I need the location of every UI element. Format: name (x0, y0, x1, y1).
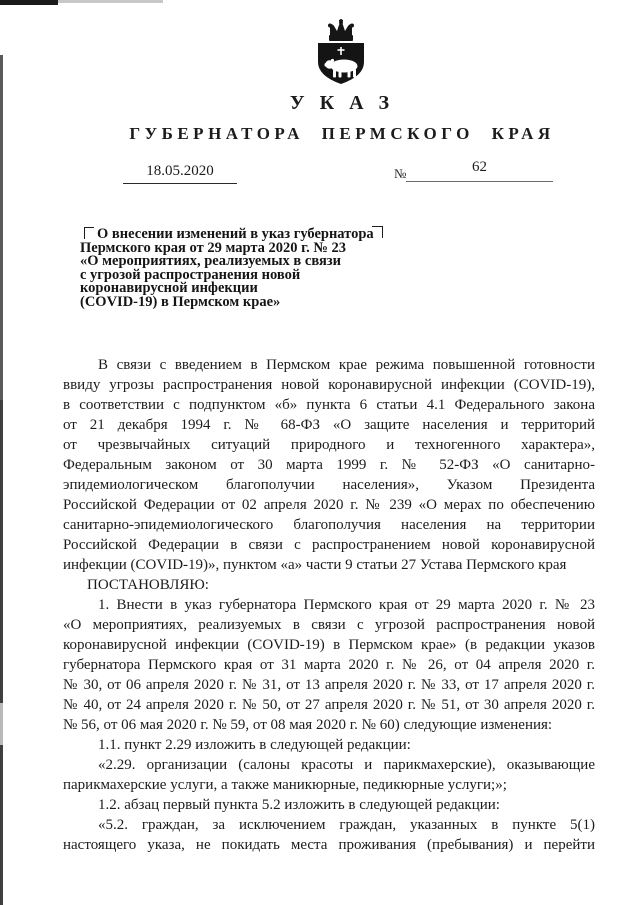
scan-artifact-left-strip-dark (0, 400, 3, 905)
body-line: настоящего указа, не покидать места прож… (63, 835, 595, 855)
body-line: Федеральным законом от 30 марта 1999 г. … (63, 455, 595, 475)
body-line: парикмахерские услуги, а также маникюрны… (63, 775, 595, 795)
body-line: ввиду угрозы распространения новой корон… (63, 375, 595, 395)
number-sign: № (394, 166, 406, 182)
body-line: 1.1. пункт 2.29 изложить в следующей ред… (63, 735, 595, 755)
body-line: В связи с введением в Пермском крае режи… (63, 355, 595, 375)
corner-mark-right-icon (372, 226, 383, 238)
body-line: губернатора Пермского края от 31 марта 2… (63, 655, 595, 675)
body-line: Российской Федерации в связи с распростр… (63, 535, 595, 555)
body-line: «5.2. граждан, за исключением граждан, у… (63, 815, 595, 835)
body-line: № 40, от 24 апреля 2020 г. № 50, от 27 а… (63, 695, 595, 715)
corner-mark-left-icon (84, 227, 94, 239)
perm-krai-coat-of-arms-icon (317, 19, 365, 85)
subject-line: (COVID-19) в Пермском крае» (80, 296, 390, 310)
body-line: от 21 декабря 1994 г. № 68-ФЗ «О защите … (63, 415, 595, 435)
body-line: от чрезвычайных ситуаций природного и те… (63, 435, 595, 455)
body-line: № 56, от 06 мая 2020 г. № 59, от 08 мая … (63, 715, 595, 735)
document-date: 18.05.2020 (123, 159, 237, 184)
body-line: 1.2. абзац первый пункта 5.2 изложить в … (63, 795, 595, 815)
body-line: «О мероприятиях, реализуемых в связи с у… (63, 615, 595, 635)
body-line: в соответствии с подпунктом «б» пункта 6… (63, 395, 595, 415)
document-number: 62 (406, 155, 553, 182)
decree-body-text: В связи с введением в Пермском крае режи… (63, 355, 595, 855)
body-line: ПОСТАНОВЛЯЮ: (63, 575, 595, 595)
subject-block: О внесении изменений в указ губернатора … (80, 228, 390, 310)
body-line: № 30, от 06 апреля 2020 г. № 31, от 13 а… (63, 675, 595, 695)
body-line: 1. Внести в указ губернатора Пермского к… (63, 595, 595, 615)
body-line: Российской Федерации от 02 апреля 2020 г… (63, 495, 595, 515)
crown-icon (328, 19, 354, 41)
body-line: инфекции (COVID-19)», пунктом «а» части … (63, 555, 595, 575)
scan-artifact-top-faint (58, 0, 163, 3)
body-line: эпидемиологическом благополучии населени… (63, 475, 595, 495)
body-line: коронавирусной инфекции (COVID-19) в Пер… (63, 635, 595, 655)
document-issuer-title: ГУБЕРНАТОРА ПЕРМСКОГО КРАЯ (129, 124, 554, 144)
body-line: санитарно-эпидемиологического благополуч… (63, 515, 595, 535)
document-type-title: У К А З (290, 92, 394, 115)
decree-document-page: У К А З ГУБЕРНАТОРА ПЕРМСКОГО КРАЯ 18.05… (0, 0, 640, 905)
scan-artifact-left-strip-gap (0, 703, 3, 745)
scan-artifact-top-smear (0, 0, 58, 5)
body-line: «2.29. организации (салоны красоты и пар… (63, 755, 595, 775)
